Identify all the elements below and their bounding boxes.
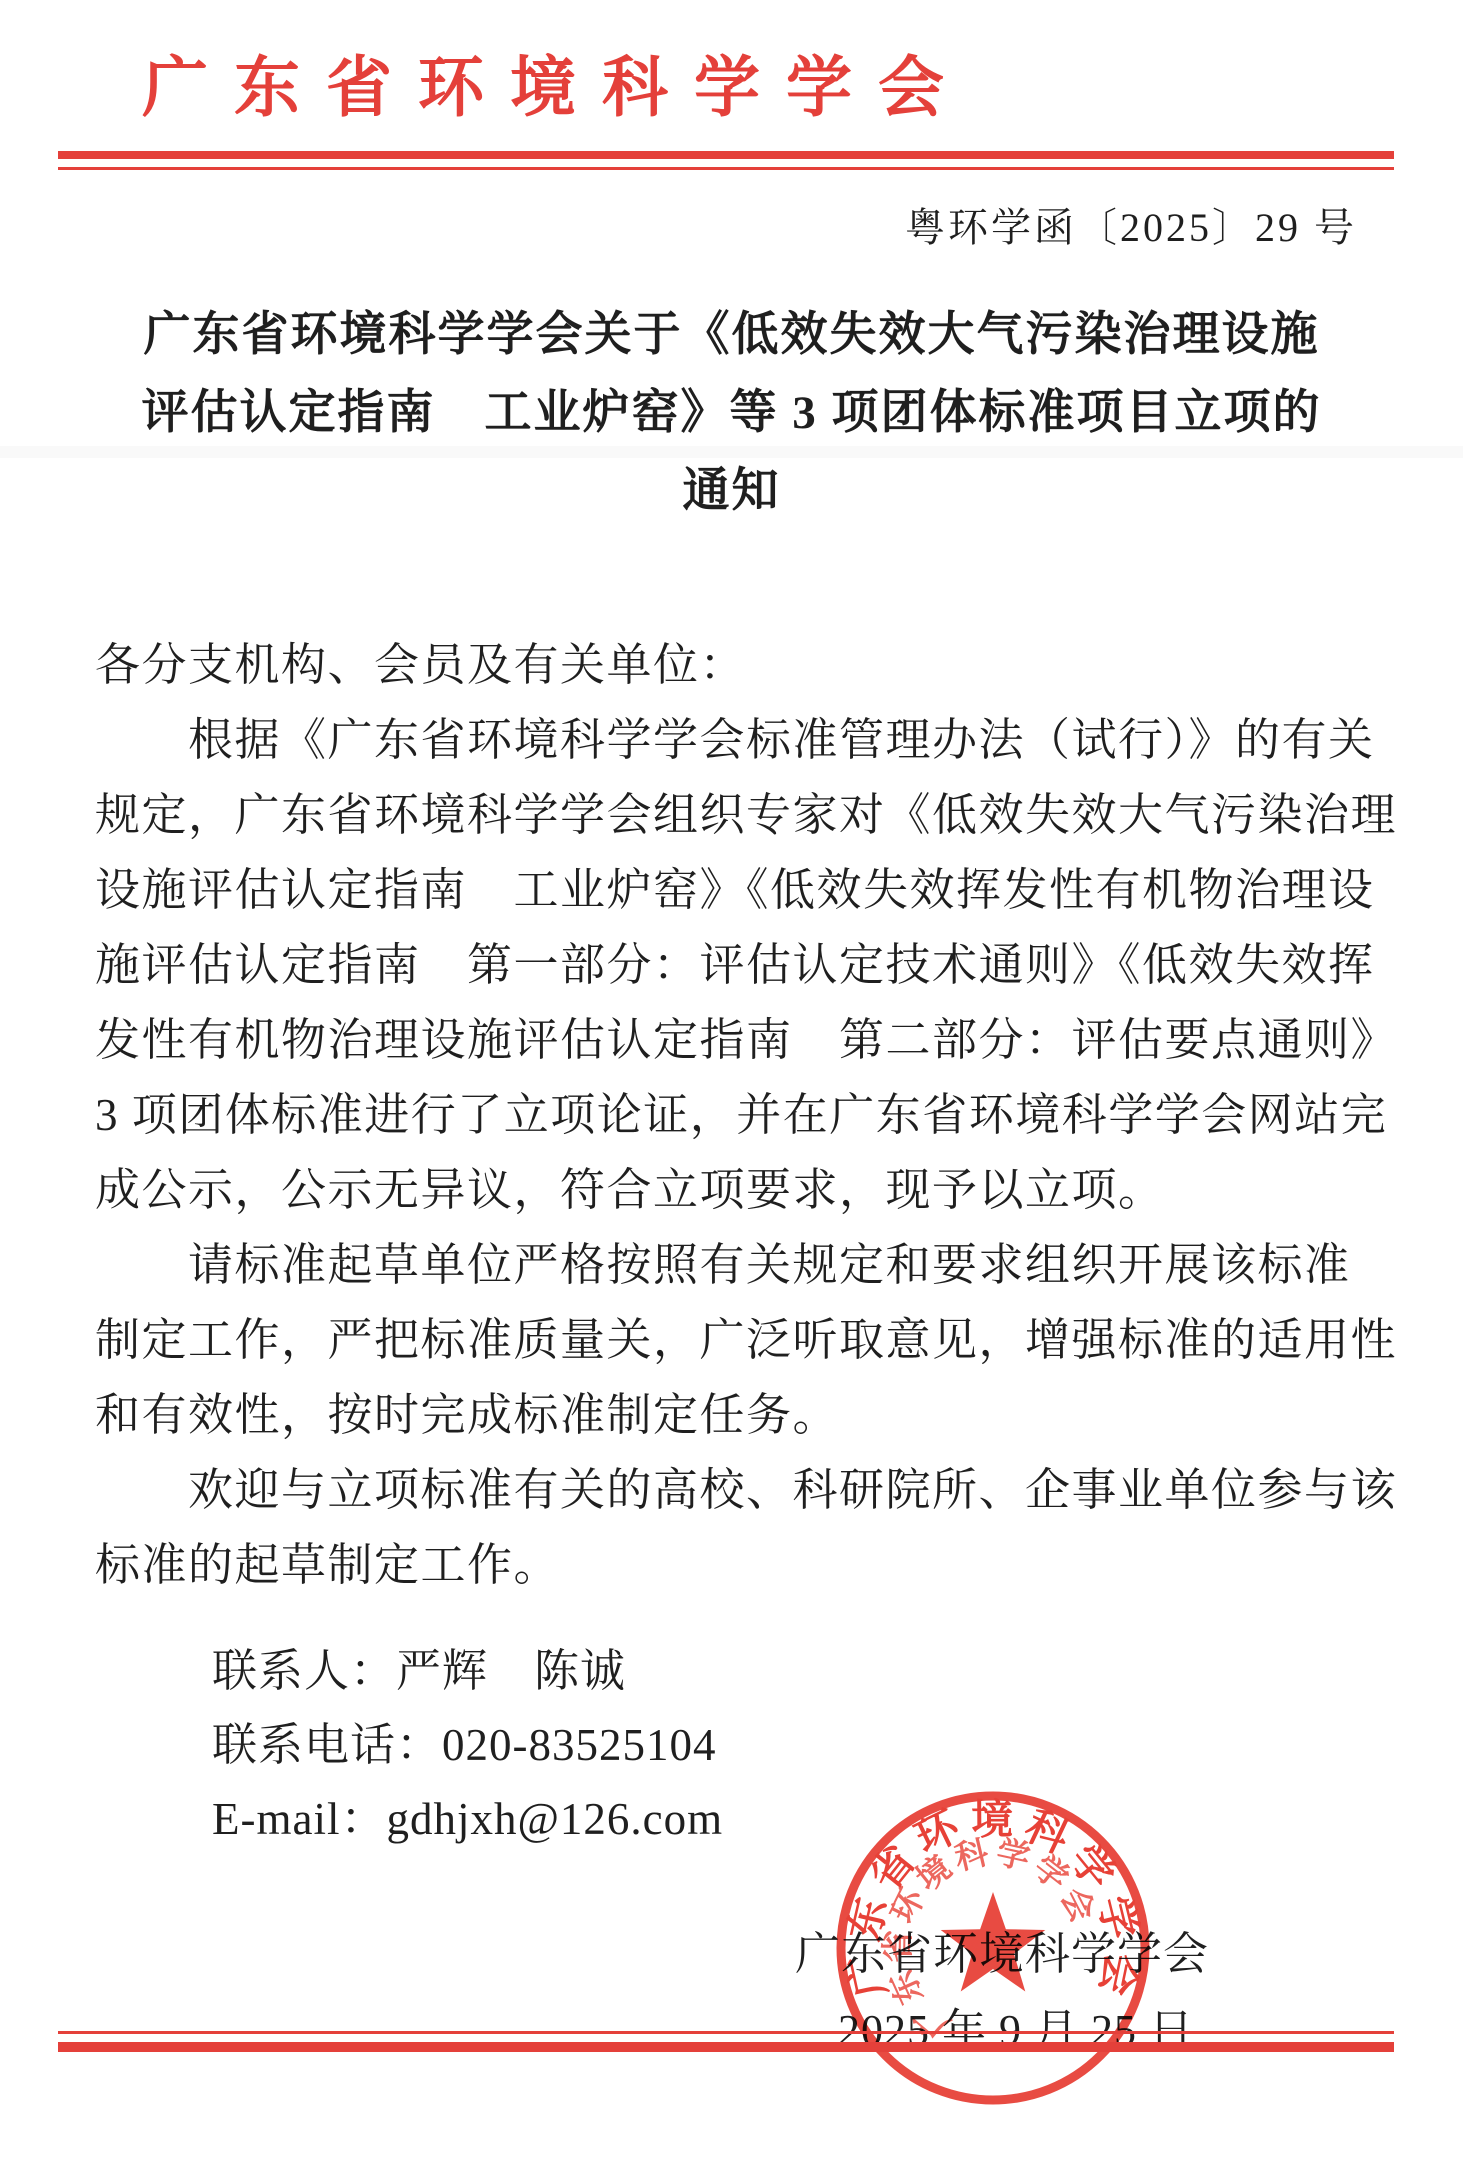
- header-rule-thin: [58, 167, 1394, 170]
- body-line: 根据《广东省环境科学学会标准管理办法（试行）》的有关: [95, 703, 1425, 778]
- letterhead-org-name: 广东省环境科学学会: [142, 34, 970, 129]
- seal-star-icon: [941, 1892, 1046, 1992]
- body-line: 请标准起草单位严格按照有关规定和要求组织开展该标准: [95, 1228, 1425, 1303]
- salutation: 各分支机构、会员及有关单位：: [95, 628, 1425, 703]
- notice-title-line-2: 评估认定指南 工业炉窑》等 3 项团体标准项目立项的: [80, 374, 1383, 452]
- body-line: 标准的起草制定工作。: [95, 1528, 1425, 1603]
- official-seal-stamp-icon: 广东省环境科学学会 广东省环境科学学会: [832, 1787, 1154, 2109]
- body-line: 和有效性，按时完成标准制定任务。: [95, 1378, 1425, 1453]
- body-line: 施评估认定指南 第一部分：评估认定技术通则》《低效失效挥: [95, 928, 1425, 1003]
- contact-email: E-mail：gdhjxh@126.com: [212, 1782, 723, 1856]
- body-line: 发性有机物治理设施评估认定指南 第二部分：评估要点通则》: [95, 1003, 1425, 1078]
- body-line: 3 项团体标准进行了立项论证，并在广东省环境科学学会网站完: [95, 1078, 1425, 1153]
- notice-body: 各分支机构、会员及有关单位： 根据《广东省环境科学学会标准管理办法（试行）》的有…: [95, 628, 1425, 1603]
- notice-title: 广东省环境科学学会关于《低效失效大气污染治理设施 评估认定指南 工业炉窑》等 3…: [80, 296, 1383, 530]
- contact-person: 联系人：严辉 陈诚: [212, 1634, 723, 1708]
- body-line: 制定工作，严把标准质量关，广泛听取意见，增强标准的适用性: [95, 1303, 1425, 1378]
- document-number: 粤环学函〔2025〕29 号: [905, 196, 1357, 253]
- scan-artifact-band: [0, 446, 1463, 458]
- footer-rule-thin: [58, 2031, 1394, 2034]
- notice-title-line-1: 广东省环境科学学会关于《低效失效大气污染治理设施: [80, 296, 1383, 374]
- notice-title-line-3: 通知: [80, 452, 1383, 530]
- body-line: 设施评估认定指南 工业炉窑》《低效失效挥发性有机物治理设: [95, 853, 1425, 928]
- body-line: 成公示，公示无异议，符合立项要求，现予以立项。: [95, 1153, 1425, 1228]
- header-rule-thick: [58, 151, 1394, 159]
- footer-rule-thick: [58, 2042, 1394, 2052]
- body-line: 规定，广东省环境科学学会组织专家对《低效失效大气污染治理: [95, 778, 1425, 853]
- body-line: 欢迎与立项标准有关的高校、科研院所、企事业单位参与该: [95, 1453, 1425, 1528]
- contact-phone: 联系电话：020-83525104: [212, 1708, 723, 1782]
- scanned-notice-document: 广东省环境科学学会 粤环学函〔2025〕29 号 广东省环境科学学会关于《低效失…: [0, 0, 1463, 2159]
- contact-info: 联系人：严辉 陈诚 联系电话：020-83525104 E-mail：gdhjx…: [212, 1634, 723, 1856]
